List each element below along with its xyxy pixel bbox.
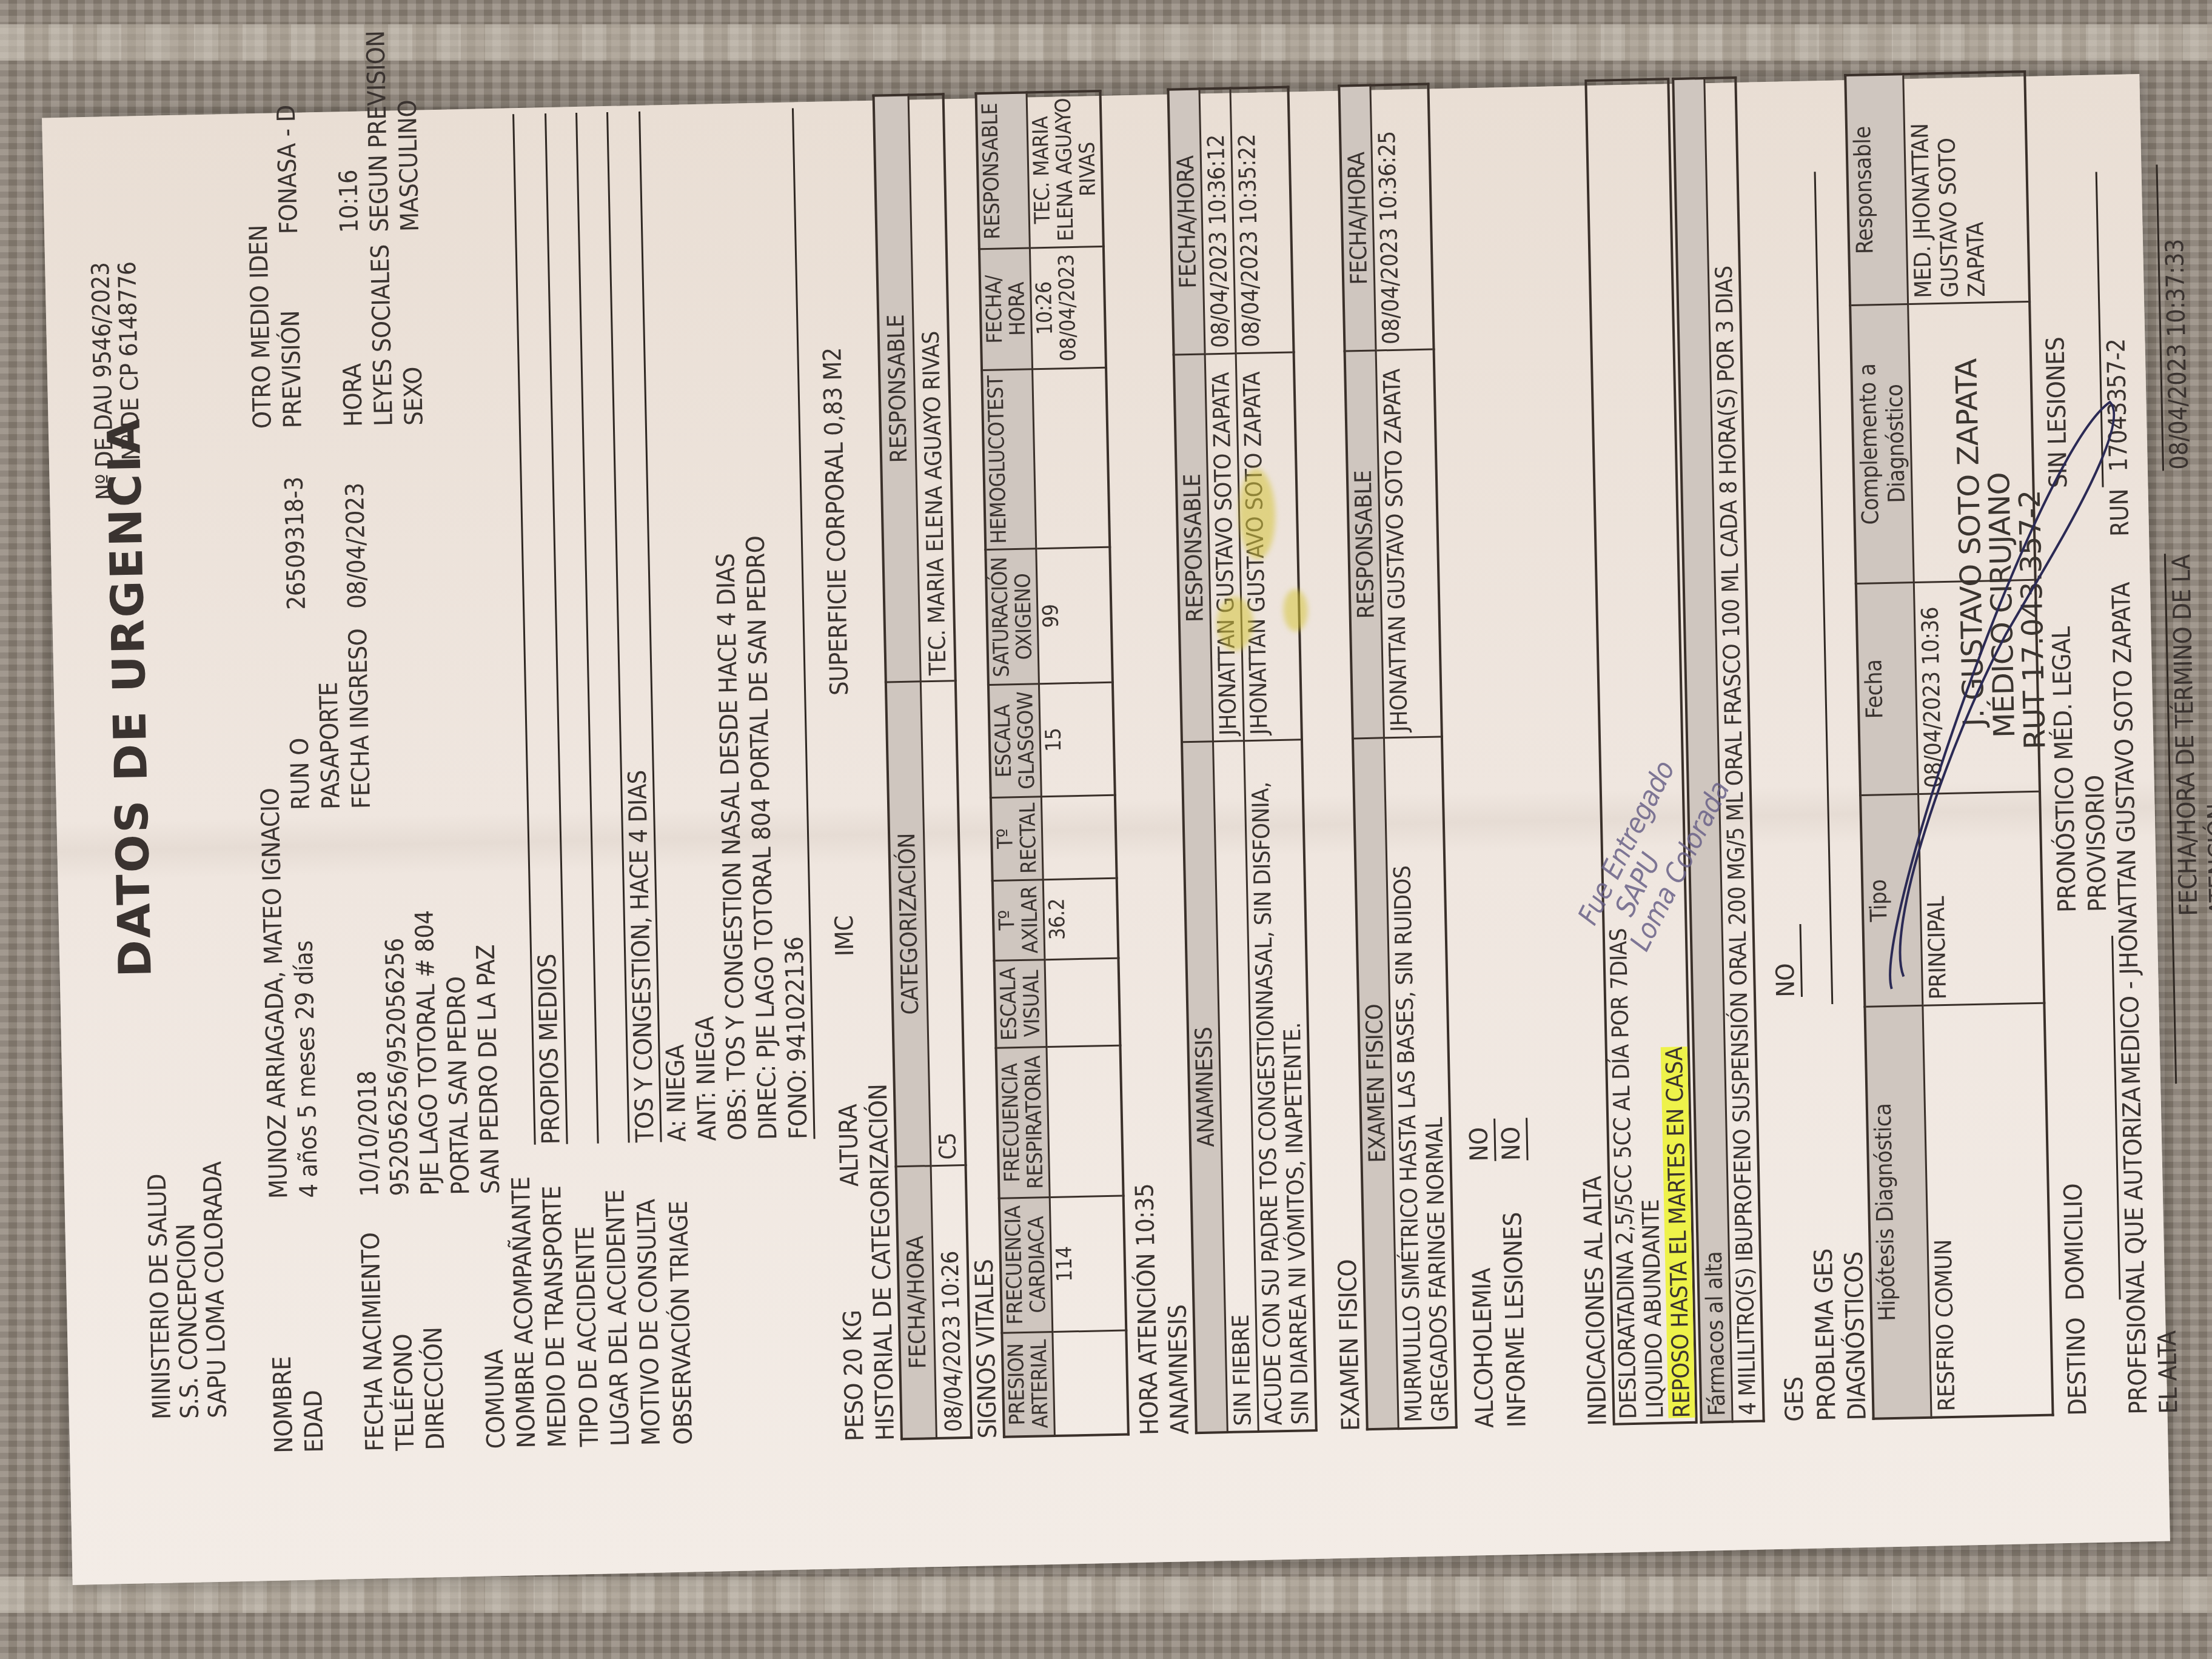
cat-fecha: 08/04/2023 10:26: [931, 1165, 971, 1438]
label-otro-medio: OTRO MEDIO IDEN: [242, 174, 278, 429]
value-direccion-2: PORTAL SAN PEDRO: [441, 976, 476, 1195]
label-comuna: COMUNA: [475, 1194, 511, 1449]
anam-header-fecha: FECHA/HORA: [1168, 89, 1205, 355]
diag-responsable: MED. JHONATTAN GUSTAVO SOTO ZAPATA: [1903, 72, 2029, 304]
vitals-value: 10:26 08/04/2023: [1030, 247, 1106, 369]
stain: [1283, 589, 1308, 632]
altura-label: ALTURA: [829, 956, 865, 1187]
vitals-value: [1047, 1045, 1124, 1197]
vitals-value: TEC. MARIA ELENA AGUAYO RIVAS: [1027, 91, 1104, 248]
label-alcoholemia: ALCOHOLEMIA: [1464, 1161, 1502, 1429]
vitals-header: Tº RECTAL: [991, 796, 1043, 880]
label-nombre: NOMBRE: [263, 1198, 299, 1453]
vitals-value: 114: [1050, 1196, 1126, 1332]
vitals-header: FRECUENCIA RESPIRATORIA: [996, 1047, 1050, 1198]
label-triage: OBSERVACIÓN TRIAGE: [662, 1139, 822, 1445]
value-sexo: MASCULINO: [392, 100, 426, 232]
label-hora: HORA: [334, 232, 369, 427]
label-direccion: DIRECCIÓN: [415, 1195, 451, 1450]
value-leyes: SEGUN PREVISION: [360, 30, 395, 232]
vitals-value: 15: [1039, 682, 1114, 796]
vitals-header: RESPONSABLE: [976, 92, 1030, 249]
vitals-header: Tº AXILAR: [993, 880, 1045, 961]
vitals-value: 99: [1036, 547, 1113, 684]
value-alcoholemia: NO: [1463, 1119, 1496, 1162]
vitals-header: ESCALA VISUAL: [994, 959, 1047, 1048]
emergency-record-paper: Nº DE DAU 9546/2023 Nº DE CP 6148776 DAT…: [42, 74, 2170, 1585]
value-hora: 10:16: [333, 170, 364, 233]
value-comuna: SAN PEDRO DE LA PAZ: [471, 944, 506, 1194]
label-prevision: PREVISIÓN: [273, 233, 338, 428]
diag-hipotesis: RESFRIO COMUN: [1923, 1003, 2053, 1418]
vitals-value: [1041, 795, 1116, 880]
document-title: DATOS DE URGENCIA: [109, 417, 150, 977]
value-fecha-ingreso: 08/04/2023: [338, 426, 372, 609]
label-sexo: SEXO: [395, 231, 429, 426]
value-lesiones: NO: [1495, 1118, 1528, 1161]
triage-notes: A: NIEGA ANT: NIEGA OBS: TOS Y CONGESTIO…: [640, 109, 816, 1142]
label-leyes: LEYES SOCIALES: [364, 232, 399, 426]
label-destino: DESTINO: [2060, 1299, 2123, 1416]
anam-fecha: 08/04/2023 10:36:12: [1199, 88, 1236, 354]
vitals-header: FECHA/ HORA: [979, 248, 1033, 370]
value-ges: NO: [1769, 924, 1803, 997]
value-termino: 08/04/2023 10:37:33: [2157, 163, 2212, 470]
exam-header-fecha: FECHA/HORA: [1339, 85, 1376, 351]
peso: PESO 20 KG: [834, 1186, 870, 1441]
vitals-value: [1033, 367, 1110, 549]
label-telefono: TELÉFONO: [384, 1196, 420, 1451]
vitals-value: [1053, 1330, 1128, 1436]
label-lesiones: INFORME LESIONES: [1496, 1161, 1534, 1428]
label-edad: EDAD: [293, 1197, 360, 1453]
value-edad: 4 años 5 meses 29 días: [286, 809, 354, 1198]
signature-icon: [1855, 389, 2159, 1002]
patient-info: NOMBREMUNOZ ARRIAGADA, MATEO IGNACIOOTRO…: [243, 193, 822, 1453]
value-prevision: FONASA - D: [271, 104, 334, 235]
document-sheet: Nº DE DAU 9546/2023 Nº DE CP 6148776 DAT…: [42, 74, 2170, 1585]
vitals-header: SATURACIÓN OXIGENO: [985, 549, 1039, 685]
vitals-header: FRECUENCIA CARDIACA: [999, 1197, 1053, 1333]
vitals-value: 36.2: [1043, 878, 1118, 959]
exam-resp: JHONATTAN GUSTAVO SOTO ZAPATA: [1376, 349, 1442, 738]
anam-fecha: 08/04/2023 10:35:22: [1230, 87, 1294, 353]
vitals-header: PRESION ARTERIAL: [1002, 1332, 1054, 1436]
vitals-value: [1045, 958, 1120, 1047]
label-fecha-nacimiento: FECHA NACIMIENTO: [354, 1196, 390, 1452]
exam-fecha: 08/04/2023 10:36:25: [1370, 84, 1434, 350]
diag-header-responsable: Responsable: [1845, 74, 1908, 305]
label-run: RUN O PASAPORTE: [281, 609, 346, 810]
cat-header-fecha: FECHA/HORA: [896, 1166, 937, 1439]
label-fecha-ingreso: FECHA INGRESO: [342, 608, 377, 809]
vitals-header: ESCALA GLASGOW: [988, 684, 1041, 797]
diag-header-hipotesis: Hipótesis Diagnóstica: [1865, 1005, 1931, 1418]
label-profesional: PROFESIONAL QUE AUTORIZA EL ALTA: [2116, 1084, 2184, 1415]
value-run: 26509318-3: [278, 427, 342, 610]
vitals-header: HEMOGLUCOTEST: [982, 369, 1036, 550]
imc-label: IMC: [824, 695, 860, 957]
